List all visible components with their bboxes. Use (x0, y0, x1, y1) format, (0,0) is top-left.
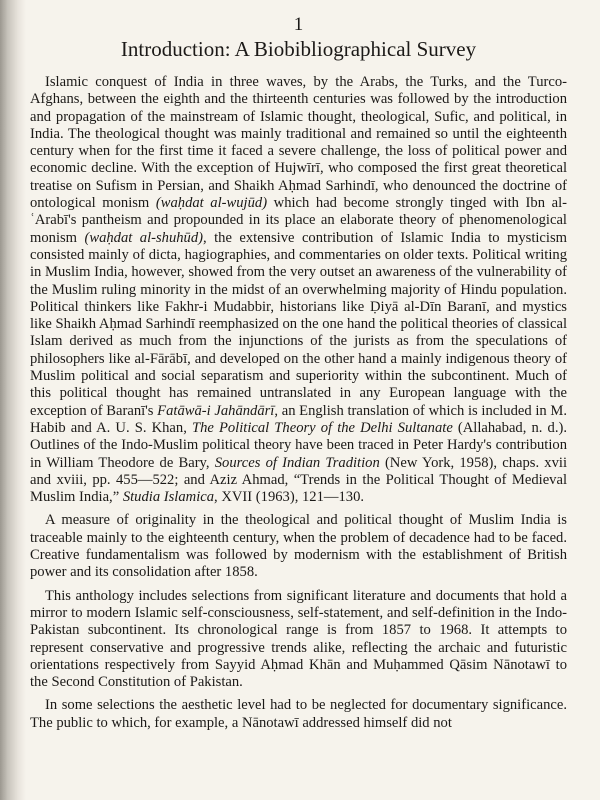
chapter-title: Introduction: A Biobibliographical Surve… (30, 36, 567, 62)
text-segment: , the extensive contribution of Islamic … (30, 230, 567, 419)
text-segment: A measure of originality in the theologi… (30, 512, 567, 580)
paragraph-1: Islamic conquest of India in three waves… (30, 74, 567, 506)
page-binding-shadow (0, 0, 26, 800)
chapter-number: 1 (30, 14, 567, 36)
text-segment: , XVII (1963), 121—130. (214, 489, 364, 505)
text-segment: In some selections the aesthetic level h… (30, 697, 567, 730)
text-segment: Islamic conquest of India in three waves… (30, 74, 567, 211)
paragraph-2: A measure of originality in the theologi… (30, 512, 567, 581)
paragraph-4: In some selections the aesthetic level h… (30, 697, 567, 732)
italic-title: The Political Theory of the Delhi Sultan… (192, 420, 453, 436)
book-page: 1 Introduction: A Biobibliographical Sur… (30, 14, 567, 738)
italic-term: (waḥdat al-shuhūd) (84, 230, 203, 246)
italic-title: Fatāwā-i Jahāndārī (157, 403, 274, 419)
italic-title: Studia Islamica (123, 489, 214, 505)
italic-title: Sources of Indian Tradition (215, 455, 380, 471)
italic-term: (waḥdat al-wujūd) (156, 195, 267, 211)
text-segment: This anthology includes selections from … (30, 588, 567, 690)
paragraph-3: This anthology includes selections from … (30, 588, 567, 692)
